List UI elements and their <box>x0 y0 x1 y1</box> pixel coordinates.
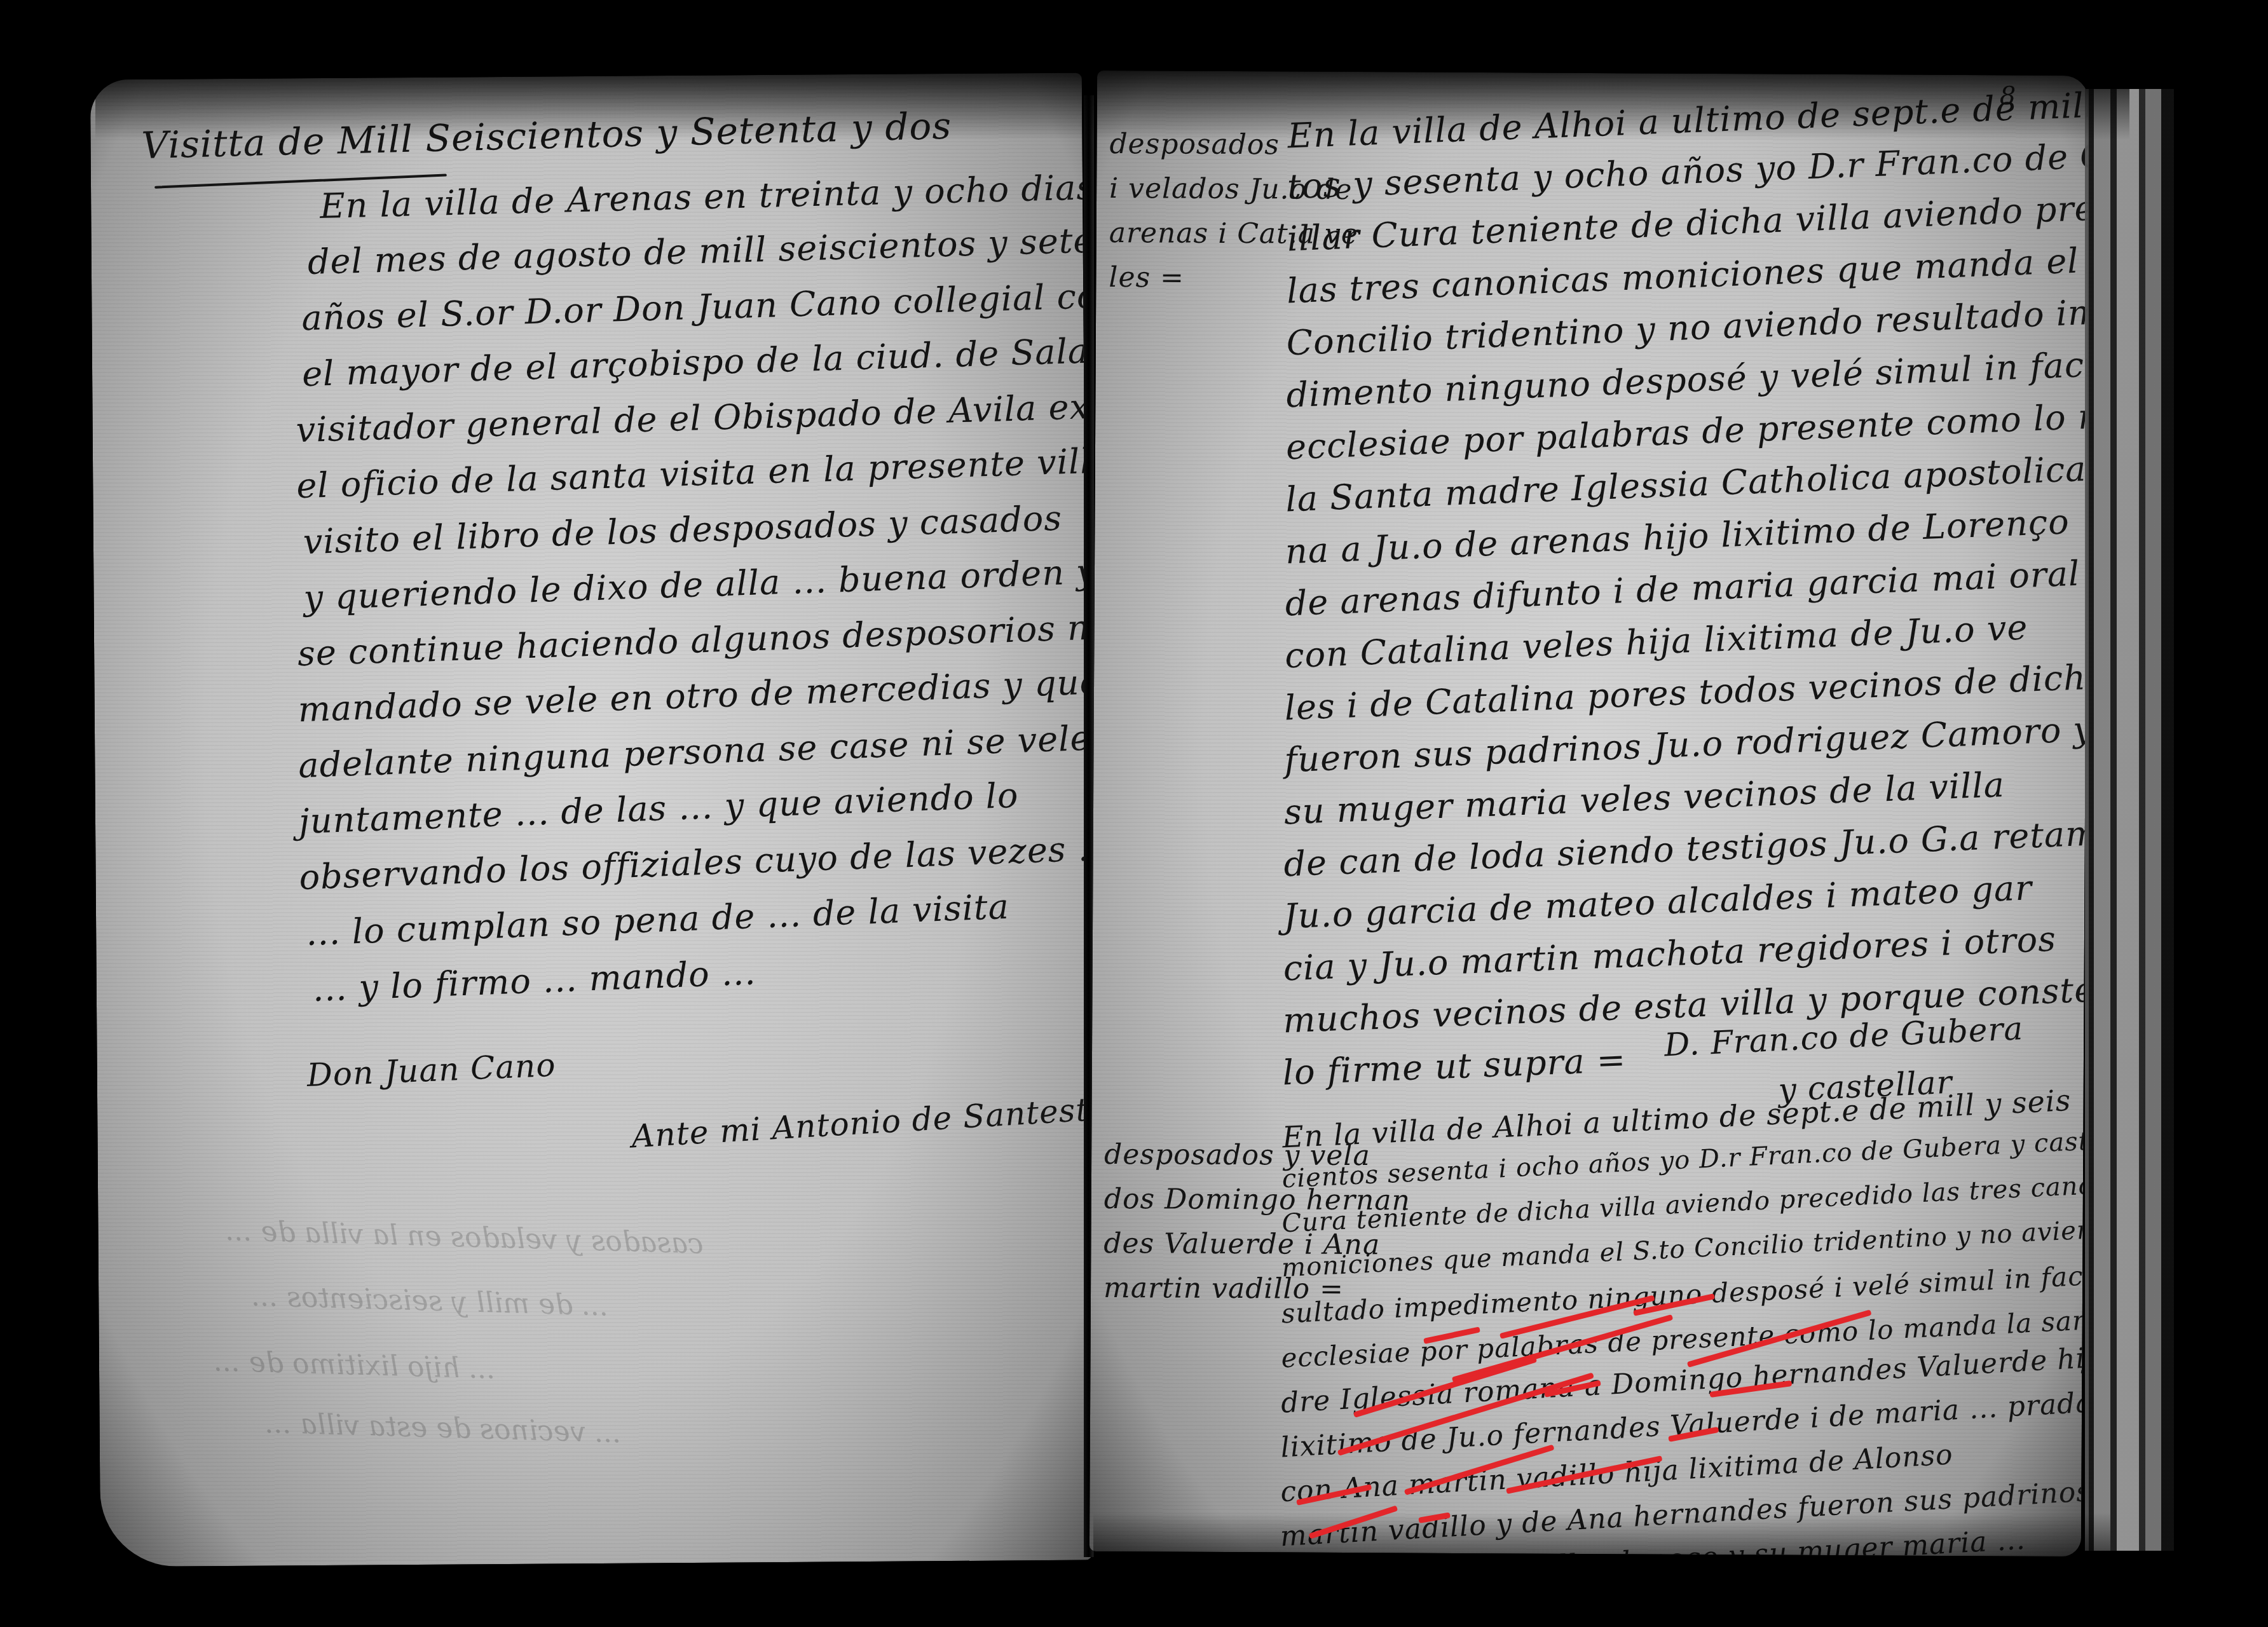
left-body-line: el mayor de el arçobispo de la ciud. de … <box>301 327 1092 394</box>
left-body-line: visitador general de el Obispado de Avil… <box>296 382 1092 450</box>
bleed-through-text: ... vecinos de esta villa ... <box>264 1407 622 1450</box>
entry1-line: lo firme ut supra = <box>1282 1040 1627 1093</box>
margin-note: les = <box>1109 261 1184 294</box>
left-body-line: ... y lo firmo ... mando ... <box>312 952 757 1009</box>
bleed-through-text: ... de mill y seiscientos ... <box>251 1280 609 1323</box>
left-body-line: ... lo cumplan so pena de ... de la visi… <box>305 887 1010 953</box>
left-body-line: juntamente ... de las ... y que aviendo … <box>298 775 1020 841</box>
scanned-register-spread: Visitta de Mill Seiscientos y Setenta y … <box>0 0 2268 1627</box>
bleed-through-text: ... hijo lixitimo de ... <box>213 1345 496 1385</box>
left-heading: Visitta de Mill Seiscientos y Setenta y … <box>141 104 952 167</box>
left-body-line: el oficio de la santa visita en la prese… <box>296 440 1092 506</box>
right-page: 8 desposados i velados Ju.o de arenas i … <box>1090 71 2089 1556</box>
left-body-line: mandado se vele en otro de mercedias y q… <box>297 662 1092 730</box>
signature-antonio-santestevan: Ante mi Antonio de Santestevan <box>631 1087 1092 1155</box>
left-body-line: observando los offiziales cuyo de las ve… <box>298 827 1092 897</box>
margin-note: desposados <box>1109 128 1280 161</box>
left-body-line: del mes de agosto de mill seiscientos y … <box>307 215 1092 282</box>
bleed-through-text: casados y velados en la villa de ... <box>225 1215 704 1260</box>
left-body-line: años el S.or D.or Don Juan Cano collegia… <box>301 275 1093 338</box>
left-body-line: se continue haciendo algunos desposorios… <box>297 607 1092 674</box>
left-page: Visitta de Mill Seiscientos y Setenta y … <box>90 73 1092 1567</box>
stacked-leaf-edges <box>2085 89 2174 1551</box>
left-body-line: adelante ninguna persona se case ni se v… <box>297 718 1091 786</box>
signature-juan-cano: Don Juan Cano <box>306 1047 557 1094</box>
left-body-line: visito el libro de los desposados y casa… <box>303 498 1063 562</box>
